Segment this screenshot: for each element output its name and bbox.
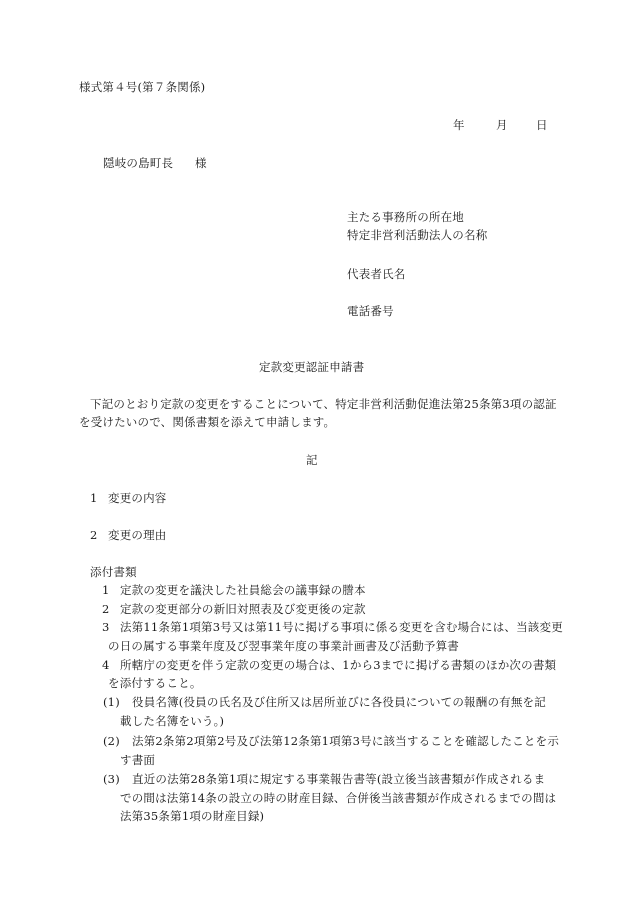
date-line: 年月日 — [453, 120, 548, 132]
attachment-3-text-1: 法第11条第1項第3号又は第11号に掲げる事項に係る変更を含む場合には、当該変更 — [120, 622, 563, 634]
item-2-num: 2 — [90, 530, 98, 542]
addressee-name: 隠岐の島町長 — [103, 158, 173, 170]
sub-3-num: (3) — [103, 774, 120, 786]
sub-2-num: (2) — [103, 736, 120, 748]
item-2-label: 変更の理由 — [108, 530, 167, 542]
addressee-honorific: 様 — [195, 158, 207, 170]
sub-1-text-1: 役員名簿(役員の氏名及び住所又は居所並びに各役員についての報酬の有無を記 — [132, 697, 546, 709]
date-day: 日 — [536, 120, 548, 132]
sub-3-text-1: 直近の法第28条第1項に規定する事業報告書等(設立後当該書類が作成されるま — [132, 774, 545, 786]
field-office-location: 主たる事務所の所在地 — [347, 212, 464, 224]
attachment-1-text: 定款の変更を議決した社員総会の議事録の謄本 — [120, 585, 366, 597]
sub-2-text-2: す書面 — [120, 755, 155, 767]
date-month: 月 — [496, 120, 536, 132]
item-1-label: 変更の内容 — [108, 493, 167, 505]
sub-1-text-2: 載した名簿をいう。) — [120, 716, 224, 728]
body-line-1: 下記のとおり定款の変更をすることについて、特定非営利活動促進法第25条第3項の認… — [90, 399, 557, 411]
ki-heading: 記 — [306, 455, 318, 467]
attachment-3-num: 3 — [102, 622, 110, 634]
attachment-3-text-2: の日の属する事業年度及び翌事業年度の事業計画書及び活動予算書 — [108, 641, 459, 653]
attachments-heading: 添付書類 — [90, 567, 137, 579]
sub-3-text-3: 法第35条第1項の財産目録) — [120, 811, 264, 823]
attachment-4-num: 4 — [102, 660, 110, 672]
attachment-1-num: 1 — [102, 585, 110, 597]
attachment-4-text-1: 所轄庁の変更を伴う定款の変更の場合は、1から3までに掲げる書類のほか次の書類 — [120, 660, 556, 672]
field-phone: 電話番号 — [347, 306, 394, 318]
attachment-2-num: 2 — [102, 604, 110, 616]
form-number: 様式第４号(第７条関係) — [79, 82, 205, 94]
field-corporation-name: 特定非営利活動法人の名称 — [347, 230, 487, 242]
item-1-num: 1 — [90, 493, 98, 505]
field-representative: 代表者氏名 — [347, 269, 406, 281]
attachment-4-text-2: を添付すること。 — [108, 678, 202, 690]
body-line-2: を受けたいので、関係書類を添えて申請します。 — [79, 417, 335, 429]
sub-2-text-1: 法第2条第2項第2号及び法第12条第1項第3号に該当することを確認したことを示 — [132, 736, 559, 748]
sub-1-num: (1) — [103, 697, 120, 709]
sub-3-text-2: での間は法第14条の設立の時の財産目録、合併後当該書類が作成されるまでの間は — [120, 793, 556, 805]
document-title: 定款変更認証申請書 — [259, 362, 364, 374]
date-year: 年 — [453, 120, 496, 132]
attachment-2-text: 定款の変更部分の新旧対照表及び変更後の定款 — [120, 604, 366, 616]
